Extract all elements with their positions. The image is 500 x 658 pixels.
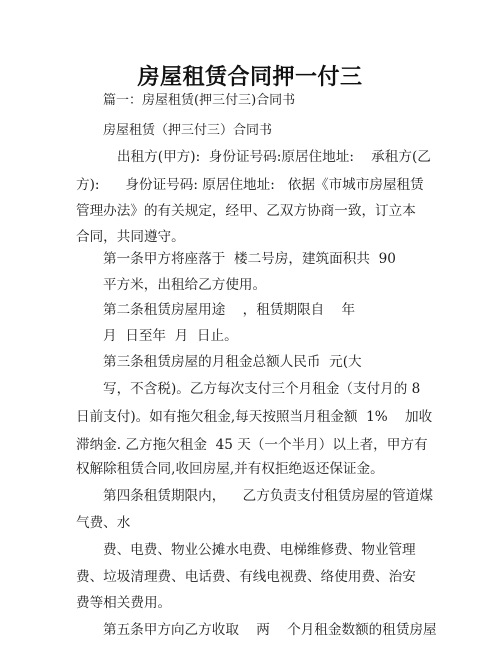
section-heading: 篇一：房屋租赁(押三付三)合同书	[103, 92, 295, 110]
document-page: 房屋租赁合同押一付三 篇一：房屋租赁(押三付三)合同书 房屋租赁（押三付三）合同…	[0, 0, 500, 658]
article-3-line: 日前支付)。如有拖欠租金,每天按照当月租金额 1% 加收	[76, 408, 432, 426]
article-1-line: 第一条甲方将座落于 楼二号房，建筑面积共 90	[103, 250, 396, 268]
article-3-line: 滞纳金. 乙方拖欠租金 45 天（一个半月）以上者，甲方有	[76, 436, 428, 454]
article-3-line: 权解除租赁合同,收回房屋,并有权拒绝返还保证金。	[76, 460, 384, 478]
article-4-line: 费、垃圾清理费、电话费、有线电视费、络使用费、治安	[76, 568, 416, 586]
article-4-line: 气费、水	[76, 514, 130, 532]
article-3-line: 第三条租赁房屋的月租金总额人民币 元(大	[103, 353, 362, 371]
article-4-line: 费、电费、物业公摊水电费、电梯维修费、物业管理	[103, 541, 416, 559]
article-2-line: 第二条租赁房屋用途 ，租赁期限自 年	[103, 301, 355, 319]
article-3-line: 写，不含税)。乙方每次支付三个月租金（支付月的 8	[103, 380, 420, 398]
article-1-line: 平方米，出租给乙方使用。	[103, 276, 266, 294]
article-4-line: 第四条租赁期限内， 乙方负责支付租赁房屋的管道煤	[103, 487, 433, 505]
paragraph-line: 方): 身份证号码: 原居住地址: 依据《市城市房屋租赁	[76, 176, 424, 194]
paragraph-line: 合同，共同遵守。	[76, 228, 185, 246]
paragraph-line: 管理办法》的有关规定，经甲、乙双方协商一致，订立本	[76, 202, 416, 220]
document-title: 房屋租赁合同押一付三	[0, 60, 500, 91]
paragraph-line: 出租方(甲方): 身份证号码:原居住地址: 承租方(乙	[117, 148, 431, 166]
article-5-line: 第五条甲方向乙方收取 两 个月租金数额的租赁房屋	[103, 621, 437, 639]
contract-subtitle: 房屋租赁（押三付三）合同书	[103, 122, 272, 140]
article-2-line: 月 日至年 月 日止。	[103, 327, 238, 345]
article-4-line: 费等相关费用。	[76, 594, 171, 612]
